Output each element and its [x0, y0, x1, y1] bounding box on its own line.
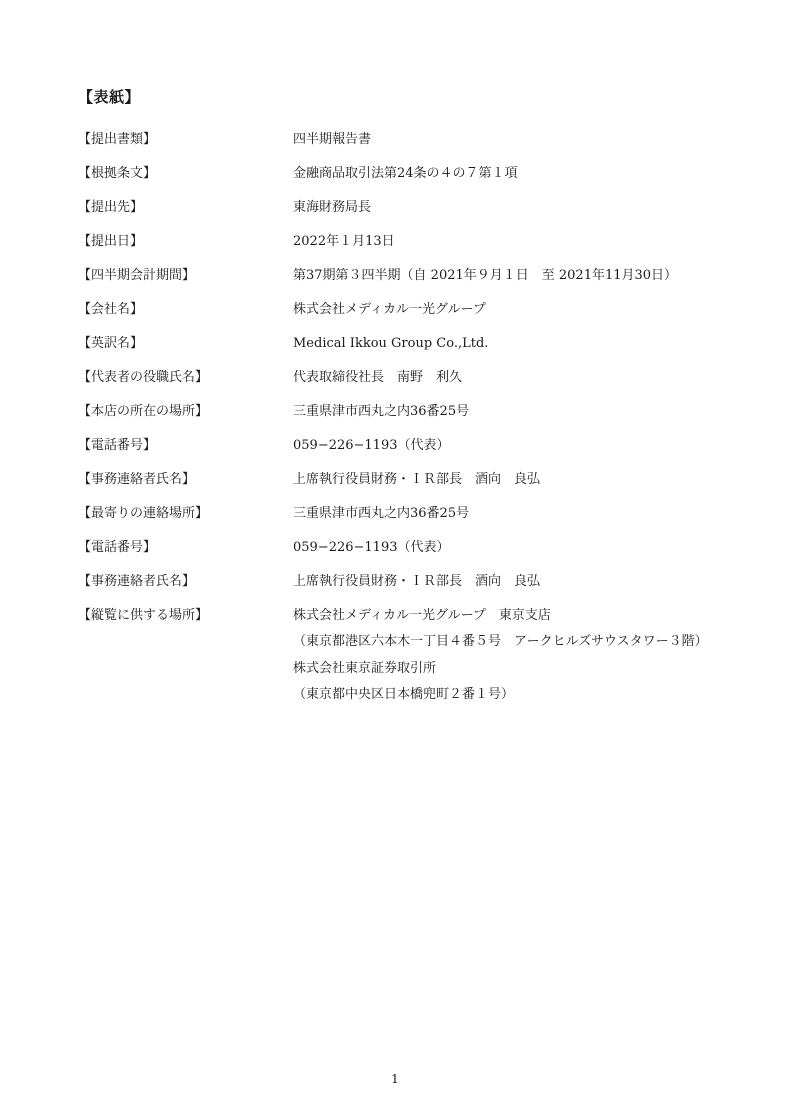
row-label: 【本店の所在の場所】 — [78, 404, 293, 420]
report-cover-page: 【表紙】 【提出書類】 四半期報告書 【根拠条文】 金融商品取引法第24条の４の… — [0, 0, 790, 1118]
row-label: 【電話番号】 — [78, 540, 293, 556]
row-label: 【根拠条文】 — [78, 166, 293, 182]
cover-row: 【電話番号】 059−226−1193（代表） — [78, 438, 730, 454]
row-value: 金融商品取引法第24条の４の７第１項 — [293, 166, 730, 182]
row-label: 【提出日】 — [78, 234, 293, 250]
viewing-place-name: 株式会社東京証券取引所 — [293, 661, 730, 677]
row-value: 2022年１月13日 — [293, 234, 730, 250]
cover-row: 【会社名】 株式会社メディカル一光グループ — [78, 302, 730, 318]
cover-row: 【英訳名】 Medical Ikkou Group Co.,Ltd. — [78, 336, 730, 352]
cover-row: 【最寄りの連絡場所】 三重県津市西丸之内36番25号 — [78, 506, 730, 522]
cover-table: 【提出書類】 四半期報告書 【根拠条文】 金融商品取引法第24条の４の７第１項 … — [78, 132, 730, 703]
cover-row: 【縦覧に供する場所】 株式会社メディカル一光グループ 東京支店（東京都港区六本木… — [78, 608, 730, 703]
row-value: 株式会社メディカル一光グループ — [293, 302, 730, 318]
row-value: 三重県津市西丸之内36番25号 — [293, 404, 730, 420]
row-label: 【代表者の役職氏名】 — [78, 370, 293, 386]
row-value: 代表取締役社長 南野 利久 — [293, 370, 730, 386]
page-title: 【表紙】 — [78, 86, 730, 107]
cover-row: 【本店の所在の場所】 三重県津市西丸之内36番25号 — [78, 404, 730, 420]
row-label: 【事務連絡者氏名】 — [78, 574, 293, 590]
row-value: 上席執行役員財務・ＩＲ部長 酒向 良弘 — [293, 472, 730, 488]
viewing-place-block: 株式会社東京証券取引所（東京都中央区日本橋兜町２番１号） — [293, 661, 730, 703]
cover-row: 【代表者の役職氏名】 代表取締役社長 南野 利久 — [78, 370, 730, 386]
row-value: 第37期第３四半期（自 2021年９月１日 至 2021年11月30日） — [293, 268, 730, 284]
row-label: 【会社名】 — [78, 302, 293, 318]
row-label: 【四半期会計期間】 — [78, 268, 293, 284]
cover-row: 【提出日】 2022年１月13日 — [78, 234, 730, 250]
row-value: 上席執行役員財務・ＩＲ部長 酒向 良弘 — [293, 574, 730, 590]
cover-row: 【提出書類】 四半期報告書 — [78, 132, 730, 148]
viewing-place-name: 株式会社メディカル一光グループ 東京支店 — [293, 608, 730, 624]
row-label: 【最寄りの連絡場所】 — [78, 506, 293, 522]
row-label: 【英訳名】 — [78, 336, 293, 352]
page-number: 1 — [0, 1072, 790, 1086]
row-value: 059−226−1193（代表） — [293, 540, 730, 556]
row-value: 株式会社メディカル一光グループ 東京支店（東京都港区六本木一丁目４番５号 アーク… — [293, 608, 730, 703]
row-label: 【事務連絡者氏名】 — [78, 472, 293, 488]
row-label: 【縦覧に供する場所】 — [78, 608, 293, 624]
row-value: 059−226−1193（代表） — [293, 438, 730, 454]
row-label: 【電話番号】 — [78, 438, 293, 454]
cover-row: 【事務連絡者氏名】 上席執行役員財務・ＩＲ部長 酒向 良弘 — [78, 574, 730, 590]
viewing-place-block: 株式会社メディカル一光グループ 東京支店（東京都港区六本木一丁目４番５号 アーク… — [293, 608, 730, 650]
cover-row: 【電話番号】 059−226−1193（代表） — [78, 540, 730, 556]
cover-row: 【根拠条文】 金融商品取引法第24条の４の７第１項 — [78, 166, 730, 182]
cover-row: 【事務連絡者氏名】 上席執行役員財務・ＩＲ部長 酒向 良弘 — [78, 472, 730, 488]
viewing-place-address: （東京都中央区日本橋兜町２番１号） — [293, 687, 730, 703]
row-value: Medical Ikkou Group Co.,Ltd. — [293, 336, 730, 352]
row-label: 【提出書類】 — [78, 132, 293, 148]
row-value: 四半期報告書 — [293, 132, 730, 148]
row-value: 東海財務局長 — [293, 200, 730, 216]
row-label: 【提出先】 — [78, 200, 293, 216]
viewing-place-address: （東京都港区六本木一丁目４番５号 アークヒルズサウスタワー３階） — [293, 634, 730, 650]
row-value: 三重県津市西丸之内36番25号 — [293, 506, 730, 522]
cover-row: 【提出先】 東海財務局長 — [78, 200, 730, 216]
cover-row: 【四半期会計期間】 第37期第３四半期（自 2021年９月１日 至 2021年1… — [78, 268, 730, 284]
